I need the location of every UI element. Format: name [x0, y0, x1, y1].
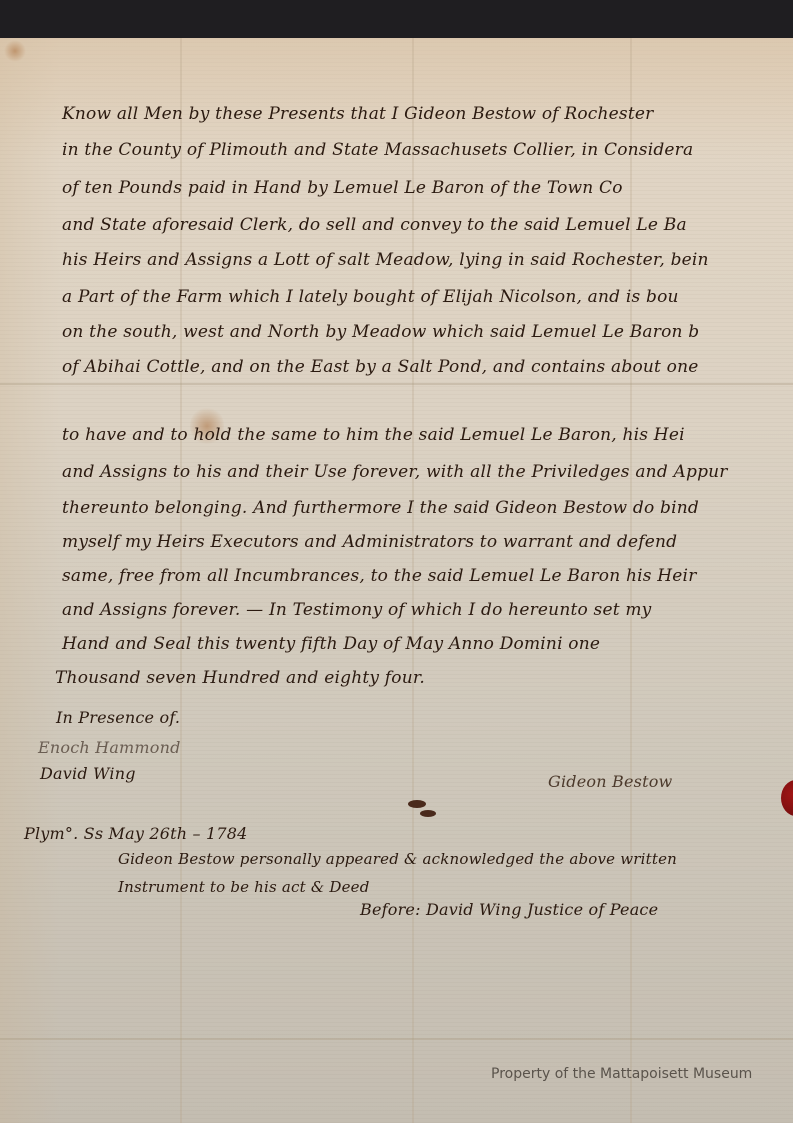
- deed-line: Thousand seven Hundred and eighty four.: [55, 668, 425, 688]
- deed-line: and State aforesaid Clerk, do sell and c…: [62, 215, 687, 235]
- deed-line: Hand and Seal this twenty fifth Day of M…: [62, 634, 600, 654]
- deed-line: of Abihai Cottle, and on the East by a S…: [62, 357, 699, 377]
- paper-fold: [0, 383, 793, 385]
- acknowledgment-date: Plym°. Ss May 26th – 1784: [24, 824, 248, 843]
- deed-line: and Assigns to his and their Use forever…: [62, 462, 728, 482]
- justice-signature: Before: David Wing Justice of Peace: [360, 900, 658, 919]
- deed-line: in the County of Plimouth and State Mass…: [62, 140, 693, 160]
- grantor-signature: Gideon Bestow: [548, 772, 672, 791]
- ink-blot: [408, 800, 426, 808]
- witness-heading: In Presence of.: [56, 708, 180, 727]
- deed-line: myself my Heirs Executors and Administra…: [62, 532, 677, 552]
- deed-line: and Assigns forever. — In Testimony of w…: [62, 600, 651, 620]
- acknowledgment-text: Gideon Bestow personally appeared & ackn…: [118, 850, 677, 868]
- deed-line: thereunto belonging. And furthermore I t…: [62, 498, 699, 518]
- scanner-background: [0, 0, 793, 40]
- acknowledgment-text: Instrument to be his act & Deed: [118, 878, 370, 896]
- witness-signature: David Wing: [40, 764, 136, 783]
- deed-line: his Heirs and Assigns a Lott of salt Mea…: [62, 250, 709, 270]
- deed-line: same, free from all Incumbrances, to the…: [62, 566, 697, 586]
- paper-fold: [0, 1038, 793, 1040]
- deed-line: to have and to hold the same to him the …: [62, 425, 685, 445]
- museum-watermark: Property of the Mattapoisett Museum: [491, 1066, 752, 1082]
- deed-line: Know all Men by these Presents that I Gi…: [62, 104, 653, 124]
- witness-signature: Enoch Hammond: [38, 738, 181, 757]
- deed-line: on the south, west and North by Meadow w…: [62, 322, 699, 342]
- deed-line: of ten Pounds paid in Hand by Lemuel Le …: [62, 178, 623, 198]
- ink-blot: [420, 810, 436, 817]
- paper-stain: [4, 40, 26, 62]
- deed-line: a Part of the Farm which I lately bought…: [62, 287, 679, 307]
